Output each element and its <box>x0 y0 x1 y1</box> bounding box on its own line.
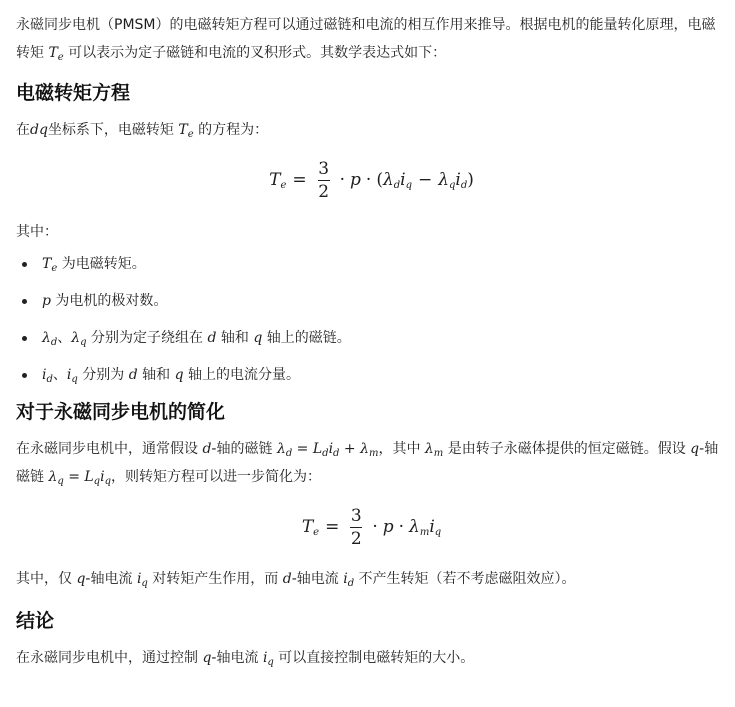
list-item: λd、λq 分别为定子绕组在 d 轴和 q 轴上的磁链。 <box>42 324 719 352</box>
section-heading-torque-equation: 电磁转矩方程 <box>16 79 719 107</box>
section-heading-pmsm-simplification: 对于永磁同步电机的简化 <box>16 398 719 426</box>
math-flux-d: λd = Ldid + λm <box>277 441 379 457</box>
math-Te: Te <box>48 45 63 61</box>
section-heading-conclusion: 结论 <box>16 607 719 635</box>
conclusion-paragraph: 在永磁同步电机中，通过控制 q-轴电流 iq 可以直接控制电磁转矩的大小。 <box>16 644 719 672</box>
list-item: Te 为电磁转矩。 <box>42 250 719 278</box>
iq-explanation-paragraph: 其中，仅 q-轴电流 iq 对转矩产生作用，而 d-轴电流 id 不产生转矩（若… <box>16 565 719 593</box>
torque-equation-display: Te = 32 · p · ( λdiq − λqid ) <box>16 148 719 212</box>
symbol-definition-list: Te 为电磁转矩。 p 为电机的极对数。 λd、λq 分别为定子绕组在 d 轴和… <box>16 250 719 389</box>
document: 永磁同步电机（PMSM）的电磁转矩方程可以通过磁链和电流的相互作用来推导。根据电… <box>0 0 735 672</box>
simplification-paragraph: 在永磁同步电机中，通常假设 d-轴的磁链 λd = Ldid + λm，其中 λ… <box>16 435 719 491</box>
intro-text-2: 可以表示为定子磁链和电流的叉积形式。其数学表达式如下： <box>64 45 446 61</box>
simplified-torque-equation-display: Te = 32 · p · λmiq <box>16 495 719 559</box>
list-item: p 为电机的极对数。 <box>42 287 719 315</box>
math-flux-q: λq = Lqiq <box>48 469 111 485</box>
fraction-three-halves: 32 <box>318 159 330 202</box>
math-Te: Te <box>178 122 193 138</box>
list-item: id、iq 分别为 d 轴和 q 轴上的电流分量。 <box>42 361 719 389</box>
math-dq: dq <box>30 122 48 138</box>
fraction-three-halves: 32 <box>350 506 362 549</box>
intro-paragraph: 永磁同步电机（PMSM）的电磁转矩方程可以通过磁链和电流的相互作用来推导。根据电… <box>16 0 719 67</box>
where-label: 其中： <box>16 218 719 246</box>
dq-lead-paragraph: 在dq坐标系下，电磁转矩 Te 的方程为： <box>16 116 719 144</box>
